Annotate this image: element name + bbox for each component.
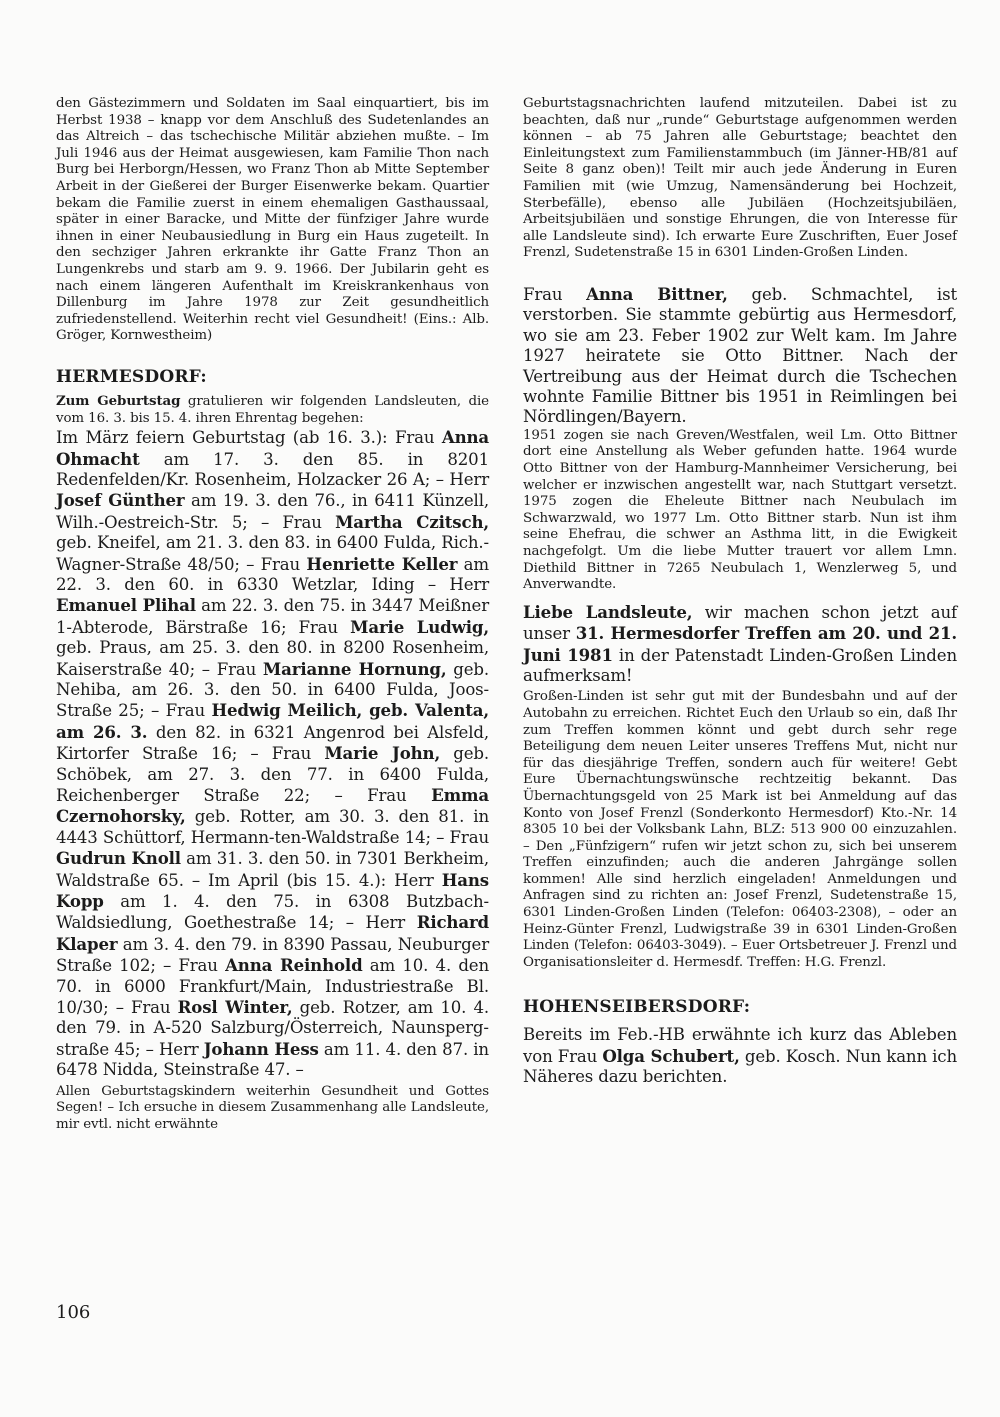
birthday-intro-paragraph: Zum Geburtstag gratulieren wir folgenden… xyxy=(56,393,489,427)
birthday-person-name: Josef Günther xyxy=(56,490,185,510)
birthday-person-name: Emanuel Plihal xyxy=(56,595,196,615)
obituary-bittner-lead: Frau Anna Bittner, geb. Schmachtel, ist … xyxy=(523,284,957,428)
birthday-person-name: Martha Czitsch, xyxy=(335,512,489,532)
obituary-lead-text: geb. Schmachtel, ist verstorben. Sie sta… xyxy=(523,285,957,426)
meeting-announcement-body: Großen-Linden ist sehr gut mit der Bunde… xyxy=(523,689,957,971)
birthday-person-name: Anna Reinhold xyxy=(225,955,362,975)
birthday-person-name: Marie John, xyxy=(324,743,440,763)
meeting-announcement-lead: Liebe Landsleute, wir machen schon jetzt… xyxy=(523,602,957,687)
hermesdorf-heading: HERMESDORF: xyxy=(56,367,489,387)
birthday-closing-paragraph: Allen Geburtstagskindern weiterhin Gesun… xyxy=(56,1084,489,1134)
obituary-prefix: Frau xyxy=(523,285,586,304)
birthday-detail-text: Im März feiern Geburtstag (ab 16. 3.): F… xyxy=(56,428,442,447)
meeting-greeting: Liebe Landsleute, xyxy=(523,602,692,622)
birthday-intro-bold: Zum Geburtstag xyxy=(56,393,180,409)
birthday-list-paragraph: Im März feiern Geburtstag (ab 16. 3.): F… xyxy=(56,427,489,1081)
left-column: den Gästezimmern und Soldaten im Saal ei… xyxy=(56,96,489,1133)
obituary-name: Anna Bittner, xyxy=(586,284,728,304)
birthday-person-name: Johann Hess xyxy=(204,1039,319,1059)
birthday-person-name: Marie Ludwig, xyxy=(350,617,489,637)
page-number: 106 xyxy=(56,1302,90,1323)
thon-biography-paragraph: den Gästezimmern und Soldaten im Saal ei… xyxy=(56,96,489,345)
right-column: Geburtstagsnachrichten laufend mitzuteil… xyxy=(523,96,957,1088)
hohenseibersdorf-heading: HOHENSEIBERSDORF: xyxy=(523,997,957,1017)
schubert-name: Olga Schubert, xyxy=(602,1046,739,1066)
birthday-person-name: Rosl Winter, xyxy=(178,997,293,1017)
birthday-person-name: Gudrun Knoll xyxy=(56,848,181,868)
obituary-bittner-body: 1951 zogen sie nach Greven/Westfalen, we… xyxy=(523,428,957,594)
birthday-person-name: Henriette Keller xyxy=(306,554,457,574)
birthday-person-name: Marianne Hornung, xyxy=(263,659,447,679)
birthday-news-request-paragraph: Geburtstagsnachrichten laufend mitzuteil… xyxy=(523,96,957,262)
document-page: den Gästezimmern und Soldaten im Saal ei… xyxy=(0,0,1000,1417)
schubert-obituary-paragraph: Bereits im Feb.-HB erwähnte ich kurz das… xyxy=(523,1025,957,1087)
